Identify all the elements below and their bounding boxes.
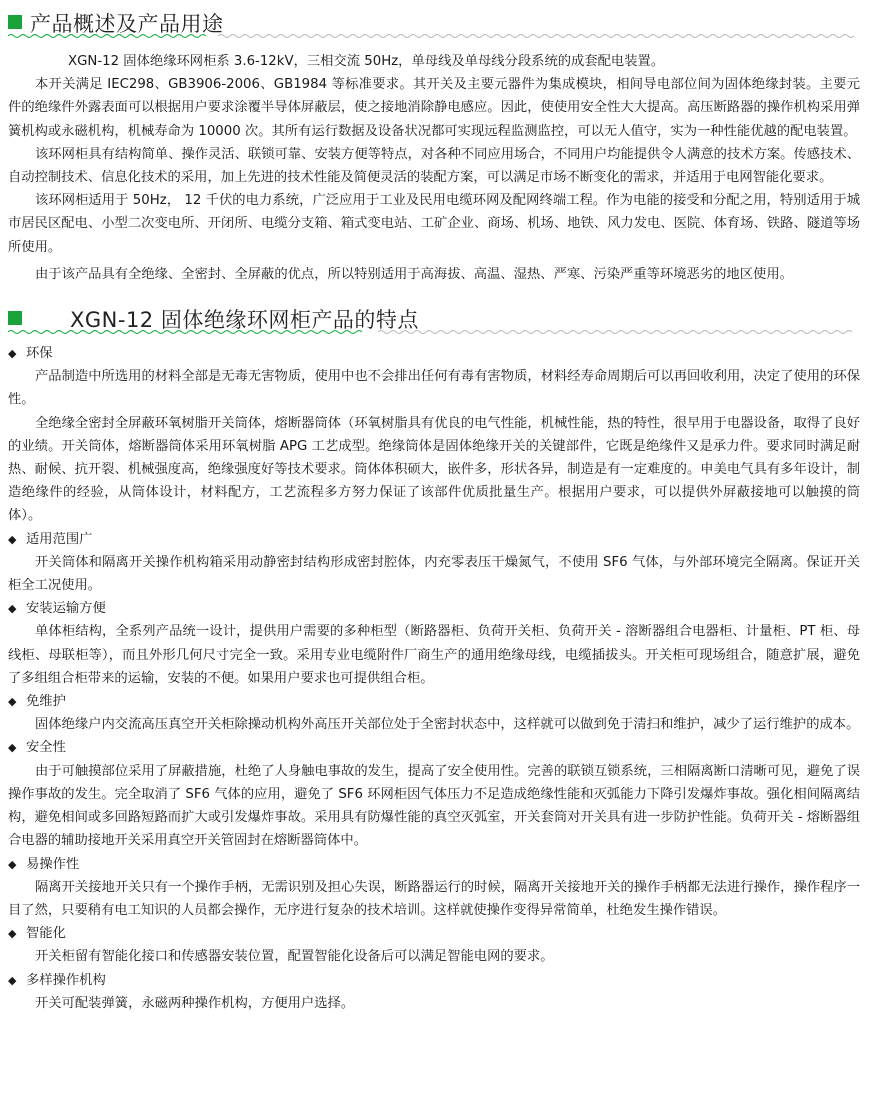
feature-paragraph: 由于可触摸部位采用了屏蔽措施，杜绝了人身触电事故的发生，提高了安全使用性。完善的… — [8, 760, 860, 853]
diamond-bullet-icon: ◆ — [8, 342, 20, 365]
feature-heading: ◆多样操作机构 — [8, 969, 860, 992]
overview-paragraph: 该环网柜具有结构简单、操作灵活、联锁可靠、安装方便等特点，对各种不同应用场合，不… — [8, 143, 860, 189]
feature-heading: ◆安全性 — [8, 736, 860, 759]
feature-heading: ◆易操作性 — [8, 853, 860, 876]
diamond-bullet-icon: ◆ — [8, 922, 20, 945]
feature-heading: ◆安装运输方便 — [8, 597, 860, 620]
feature-paragraph: 开关柜留有智能化接口和传感器安装位置，配置智能化设备后可以满足智能电网的要求。 — [8, 945, 860, 968]
green-wave-divider — [8, 33, 208, 39]
feature-paragraph: 固体绝缘户内交流高压真空开关柜除操动机构外高压开关部位处于全密封状态中，这样就可… — [8, 713, 860, 736]
green-square-icon — [8, 15, 22, 29]
feature-paragraph: 全绝缘全密封全屏蔽环氧树脂开关筒体，熔断器筒体（环氧树脂具有优良的电气性能，机械… — [8, 412, 860, 528]
feature-paragraph: 单体柜结构，全系列产品统一设计，提供用户需要的多种柜型（断路器柜、负荷开关柜、负… — [8, 620, 860, 690]
overview-paragraph: 该环网柜适用于 50Hz， 12 千伏的电力系统，广泛应用于工业及民用电缆环网及… — [8, 189, 860, 259]
section-header-overview: 产品概述及产品用途 — [8, 4, 860, 44]
feature-heading: ◆智能化 — [8, 922, 860, 945]
feature-paragraph: 开关筒体和隔离开关操作机构箱采用动静密封结构形成密封腔体，内充零表压干燥氮气，不… — [8, 551, 860, 597]
feature-paragraph: 产品制造中所选用的材料全部是无毒无害物质，使用中也不会排出任何有毒有害物质，材料… — [8, 365, 860, 411]
overview-paragraph: XGN-12 固体绝缘环网柜系 3.6-12kV，三相交流 50Hz，单母线及单… — [8, 50, 860, 73]
section-header-features: XGN-12 固体绝缘环网柜产品的特点 — [8, 300, 860, 340]
feature-paragraph: 开关可配装弹簧，永磁两种操作机构，方便用户选择。 — [8, 992, 860, 1015]
diamond-bullet-icon: ◆ — [8, 597, 20, 620]
green-wave-divider — [8, 329, 368, 335]
diamond-bullet-icon: ◆ — [8, 528, 20, 551]
gray-wave-divider — [378, 329, 858, 335]
diamond-bullet-icon: ◆ — [8, 736, 20, 759]
feature-heading: ◆适用范围广 — [8, 528, 860, 551]
gray-wave-divider — [218, 33, 858, 39]
overview-paragraph: 本开关满足 IEC298、GB3906-2006、GB1984 等标准要求。其开… — [8, 73, 860, 143]
diamond-bullet-icon: ◆ — [8, 969, 20, 992]
feature-heading: ◆环保 — [8, 342, 860, 365]
diamond-bullet-icon: ◆ — [8, 690, 20, 713]
feature-paragraph: 隔离开关接地开关只有一个操作手柄，无需识别及担心失误，断路器运行的时候，隔离开关… — [8, 876, 860, 922]
feature-heading: ◆免维护 — [8, 690, 860, 713]
green-square-icon — [8, 311, 22, 325]
overview-paragraph: 由于该产品具有全绝缘、全密封、全屏蔽的优点，所以特别适用于高海拔、高温、湿热、严… — [8, 263, 860, 286]
diamond-bullet-icon: ◆ — [8, 853, 20, 876]
document-page: 产品概述及产品用途 XGN-12 固体绝缘环网柜系 3.6-12kV，三相交流 … — [0, 4, 880, 1015]
